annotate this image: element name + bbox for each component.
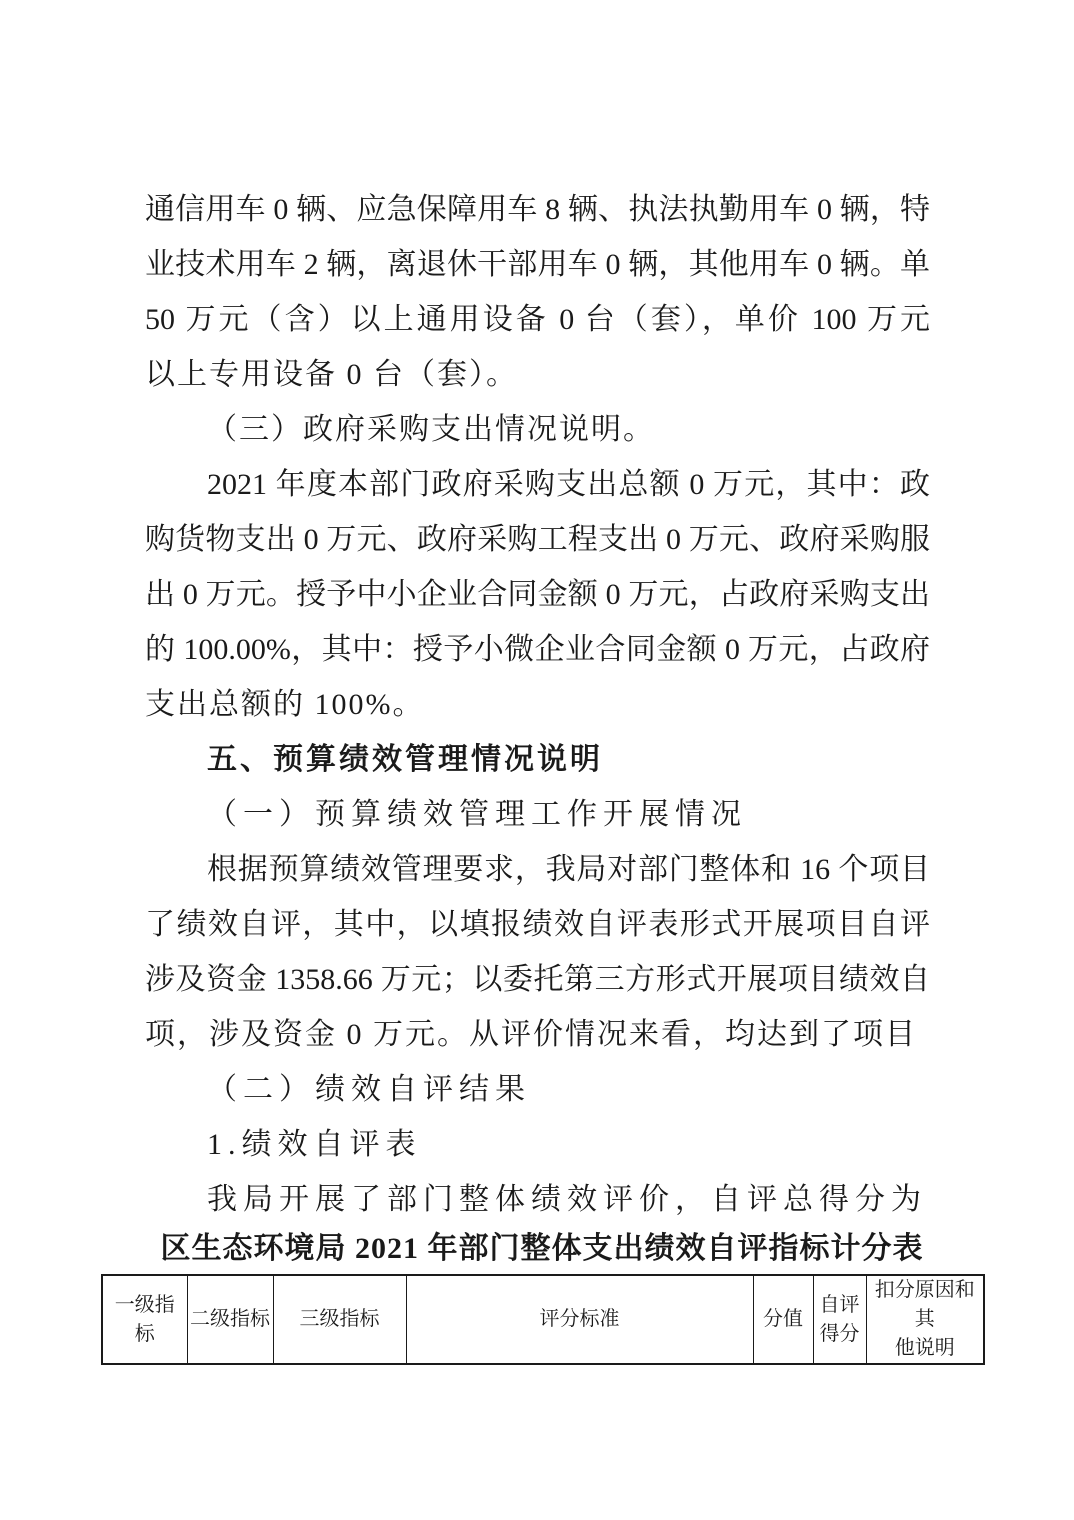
document-line: 支出总额的 100%。: [145, 677, 930, 732]
document-line: 50 万元（含）以上通用设备 0 台（套），单价 100 万元（含）: [145, 292, 930, 347]
document-line: 业技术用车 2 辆，离退休干部用车 0 辆，其他用车 0 辆。单价: [145, 237, 930, 292]
document-line: 了绩效自评，其中，以填报绩效自评表形式开展项目自评 16 项，: [145, 897, 930, 952]
table-header-cell-2: 二级指标: [187, 1275, 273, 1364]
document-line: （一）预算绩效管理工作开展情况: [145, 787, 930, 842]
document-line: 通信用车 0 辆、应急保障用车 8 辆、执法执勤用车 0 辆，特种专: [145, 182, 930, 237]
document-line: 我局开展了部门整体绩效评价，自评总得分为 93 分。: [145, 1172, 930, 1227]
document-line: 根据预算绩效管理要求，我局对部门整体和 16 个项目开展: [145, 842, 930, 897]
document-line: 涉及资金 1358.66 万元；以委托第三方形式开展项目绩效自评 0: [145, 952, 930, 1007]
score-table: 一级指标二级指标三级指标评分标准分值自评 得分扣分原因和其 他说明: [101, 1274, 985, 1365]
table-header-cell-4: 评分标准: [406, 1275, 753, 1364]
document-line: 项，涉及资金 0 万元。从评价情况来看，均达到了项目绩效目标。: [145, 1007, 930, 1062]
table-header-row: 一级指标二级指标三级指标评分标准分值自评 得分扣分原因和其 他说明: [102, 1275, 984, 1364]
table-header-cell-3: 三级指标: [273, 1275, 406, 1364]
document-body: 通信用车 0 辆、应急保障用车 8 辆、执法执勤用车 0 辆，特种专业技术用车 …: [145, 182, 930, 1227]
document-line: 的 100.00%，其中：授予小微企业合同金额 0 万元，占政府采购: [145, 622, 930, 677]
table-header-cell-1: 一级指标: [102, 1275, 187, 1364]
document-line: 2021 年度本部门政府采购支出总额 0 万元，其中：政府采: [145, 457, 930, 512]
document-line: 五、预算绩效管理情况说明: [145, 732, 930, 787]
document-line: 以上专用设备 0 台（套）。: [145, 347, 930, 402]
table-header-cell-5: 分值: [753, 1275, 813, 1364]
document-line: （三）政府采购支出情况说明。: [145, 402, 930, 457]
table-header-cell-7: 扣分原因和其 他说明: [866, 1275, 984, 1364]
document-line: 出 0 万元。授予中小企业合同金额 0 万元，占政府采购支出总额: [145, 567, 930, 622]
document-line: （二）绩效自评结果: [145, 1062, 930, 1117]
document-line: 1.绩效自评表: [145, 1117, 930, 1172]
table-title: 区生态环境局 2021 年部门整体支出绩效自评指标计分表: [101, 1229, 983, 1269]
document-line: 购货物支出 0 万元、政府采购工程支出 0 万元、政府采购服务支: [145, 512, 930, 567]
document-page: 通信用车 0 辆、应急保障用车 8 辆、执法执勤用车 0 辆，特种专业技术用车 …: [0, 0, 1074, 1520]
table-header-cell-6: 自评 得分: [813, 1275, 866, 1364]
